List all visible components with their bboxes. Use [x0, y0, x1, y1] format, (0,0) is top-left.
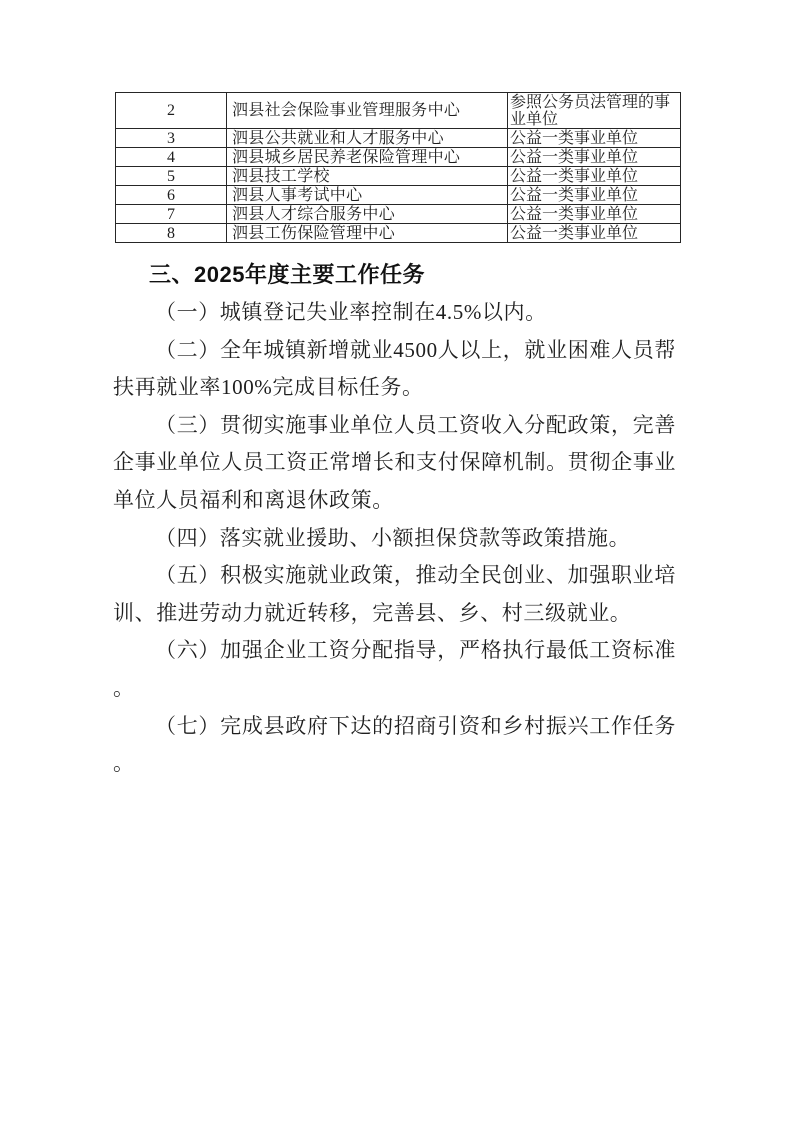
units-table: 2 泗县社会保险事业管理服务中心 参照公务员法管理的事 业单位 3 泗县公共就业…	[115, 92, 681, 243]
section-heading: 三、2025年度主要工作任务	[113, 256, 676, 294]
paragraph-2: （二）全年城镇新增就业4500人以上，就业困难人员帮扶再就业率100%完成目标任…	[113, 332, 676, 407]
section-2025-tasks: 三、2025年度主要工作任务 （一）城镇登记失业率控制在4.5%以内。 （二）全…	[113, 256, 676, 783]
unit-type-cell: 公益一类事业单位	[508, 186, 681, 205]
row-number-cell: 7	[116, 205, 227, 224]
unit-type-cell: 公益一类事业单位	[508, 205, 681, 224]
paragraph-7: （七）完成县政府下达的招商引资和乡村振兴工作任务。	[113, 708, 676, 783]
unit-name-cell: 泗县工伤保险管理中心	[227, 224, 508, 243]
unit-name-cell: 泗县城乡居民养老保险管理中心	[227, 148, 508, 167]
unit-type-cell: 参照公务员法管理的事 业单位	[508, 93, 681, 129]
paragraph-4: （四）落实就业援助、小额担保贷款等政策措施。	[113, 520, 676, 558]
paragraph-1: （一）城镇登记失业率控制在4.5%以内。	[113, 294, 676, 332]
table-row: 7 泗县人才综合服务中心 公益一类事业单位	[116, 205, 681, 224]
row-number-cell: 6	[116, 186, 227, 205]
table-row: 2 泗县社会保险事业管理服务中心 参照公务员法管理的事 业单位	[116, 93, 681, 129]
row-number-cell: 8	[116, 224, 227, 243]
document-page: 2 泗县社会保险事业管理服务中心 参照公务员法管理的事 业单位 3 泗县公共就业…	[0, 0, 793, 1122]
unit-name-cell: 泗县技工学校	[227, 167, 508, 186]
unit-name-cell: 泗县人事考试中心	[227, 186, 508, 205]
row-number-cell: 5	[116, 167, 227, 186]
table-row: 8 泗县工伤保险管理中心 公益一类事业单位	[116, 224, 681, 243]
unit-type-cell: 公益一类事业单位	[508, 148, 681, 167]
table-row: 5 泗县技工学校 公益一类事业单位	[116, 167, 681, 186]
unit-name-cell: 泗县公共就业和人才服务中心	[227, 129, 508, 148]
row-number-cell: 2	[116, 93, 227, 129]
unit-type-cell: 公益一类事业单位	[508, 129, 681, 148]
paragraph-5: （五）积极实施就业政策，推动全民创业、加强职业培训、推进劳动力就近转移，完善县、…	[113, 557, 676, 632]
paragraph-3: （三）贯彻实施事业单位人员工资收入分配政策，完善企事业单位人员工资正常增长和支付…	[113, 407, 676, 520]
unit-type-cell: 公益一类事业单位	[508, 224, 681, 243]
table-row: 4 泗县城乡居民养老保险管理中心 公益一类事业单位	[116, 148, 681, 167]
row-number-cell: 3	[116, 129, 227, 148]
row-number-cell: 4	[116, 148, 227, 167]
table-row: 3 泗县公共就业和人才服务中心 公益一类事业单位	[116, 129, 681, 148]
unit-name-cell: 泗县人才综合服务中心	[227, 205, 508, 224]
table-row: 6 泗县人事考试中心 公益一类事业单位	[116, 186, 681, 205]
unit-name-cell: 泗县社会保险事业管理服务中心	[227, 93, 508, 129]
unit-type-cell: 公益一类事业单位	[508, 167, 681, 186]
paragraph-6: （六）加强企业工资分配指导，严格执行最低工资标准。	[113, 632, 676, 707]
